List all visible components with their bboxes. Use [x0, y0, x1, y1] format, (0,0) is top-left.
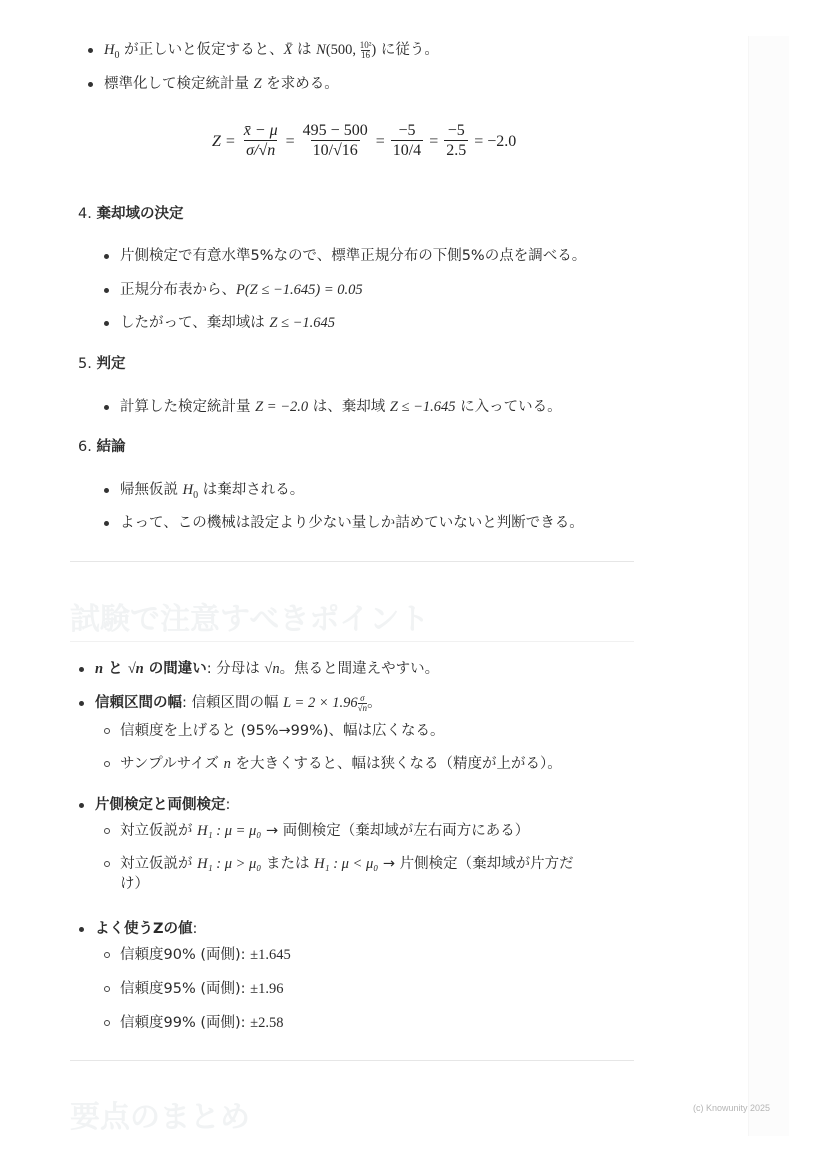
- circle-bullet-icon: [104, 728, 110, 734]
- bullet-icon: [79, 701, 84, 706]
- circle-bullet-icon: [104, 1020, 110, 1026]
- list-item: 片側検定と両側検定:: [95, 795, 230, 815]
- bullet-icon: [79, 803, 84, 808]
- list-item: 計算した検定統計量 Z = −2.0 は、棄却域 Z ≤ −1.645 に入って…: [120, 397, 562, 417]
- step-heading: 4. 棄却域の決定: [78, 204, 183, 224]
- step-heading: 6. 結論: [78, 437, 125, 457]
- list-item: n と √n の間違い: 分母は √n。焦ると間違えやすい。: [95, 659, 439, 679]
- sub-list-item: 信頼度95% (両側): ±1.96: [120, 979, 284, 999]
- step-heading: 5. 判定: [78, 354, 125, 374]
- list-item: 標準化して検定統計量 Z を求める。: [104, 74, 339, 94]
- fraction: σ√n: [358, 694, 367, 713]
- bullet-icon: [104, 321, 109, 326]
- sub-list-item: サンプルサイズ n を大きくすると、幅は狭くなる（精度が上がる）。: [120, 754, 562, 774]
- list-item: 正規分布表から、P(Z ≤ −1.645) = 0.05: [120, 280, 363, 300]
- fraction: 10²16: [360, 41, 372, 60]
- list-item: よって、この機械は設定より少ない量しか詰めていないと判断できる。: [120, 513, 584, 533]
- circle-bullet-icon: [104, 761, 110, 767]
- bullet-icon: [79, 927, 84, 932]
- divider: [70, 1060, 634, 1061]
- list-item: 帰無仮説 H0 は棄却される。: [120, 480, 304, 506]
- circle-bullet-icon: [104, 861, 110, 867]
- side-panel: [748, 36, 789, 1136]
- sub-list-item: 対立仮説が H₁ : μ > μ₀ または H₁ : μ < μ₀ → 片側検定…: [120, 854, 574, 894]
- divider: [70, 561, 634, 562]
- list-item: H0 が正しいと仮定すると、X̄ は N(500, 10²16) に従う。: [104, 40, 439, 66]
- list-item: 信頼区間の幅: 信頼区間の幅 L = 2 × 1.96σ√n。: [95, 693, 382, 713]
- bullet-icon: [104, 488, 109, 493]
- fraction: −510/4: [391, 122, 423, 161]
- divider: [70, 641, 634, 642]
- circle-bullet-icon: [104, 986, 110, 992]
- bullet-icon: [88, 48, 93, 53]
- bullet-icon: [104, 521, 109, 526]
- sub-list-item: 対立仮説が H₁ : μ = μ₀ → 両側検定（棄却域が左右両方にある）: [120, 821, 529, 841]
- list-item: したがって、棄却域は Z ≤ −1.645: [120, 313, 335, 333]
- list-item: よく使うZの値:: [95, 919, 197, 939]
- bullet-icon: [104, 288, 109, 293]
- fraction: x̄ − μσ/√n: [242, 122, 280, 161]
- circle-bullet-icon: [104, 828, 110, 834]
- section-heading: 要点のまとめ: [70, 1092, 250, 1136]
- bullet-icon: [104, 254, 109, 259]
- fraction: −52.5: [444, 122, 468, 161]
- sub-list-item: 信頼度90% (両側): ±1.645: [120, 945, 291, 965]
- circle-bullet-icon: [104, 952, 110, 958]
- bullet-icon: [79, 667, 84, 672]
- copyright: (c) Knowunity 2025: [693, 1103, 770, 1113]
- fraction: 495 − 50010/√16: [301, 122, 370, 161]
- bullet-icon: [88, 82, 93, 87]
- list-item: 片側検定で有意水準5%なので、標準正規分布の下側5%の点を調べる。: [120, 246, 586, 266]
- z-formula: Z = x̄ − μσ/√n = 495 − 50010/√16 = −510/…: [212, 122, 516, 161]
- sub-list-item: 信頼度99% (両側): ±2.58: [120, 1013, 284, 1033]
- sub-list-item: 信頼度を上げると (95%→99%)、幅は広くなる。: [120, 721, 445, 741]
- bullet-icon: [104, 405, 109, 410]
- section-heading: 試験で注意すべきポイント: [70, 594, 429, 638]
